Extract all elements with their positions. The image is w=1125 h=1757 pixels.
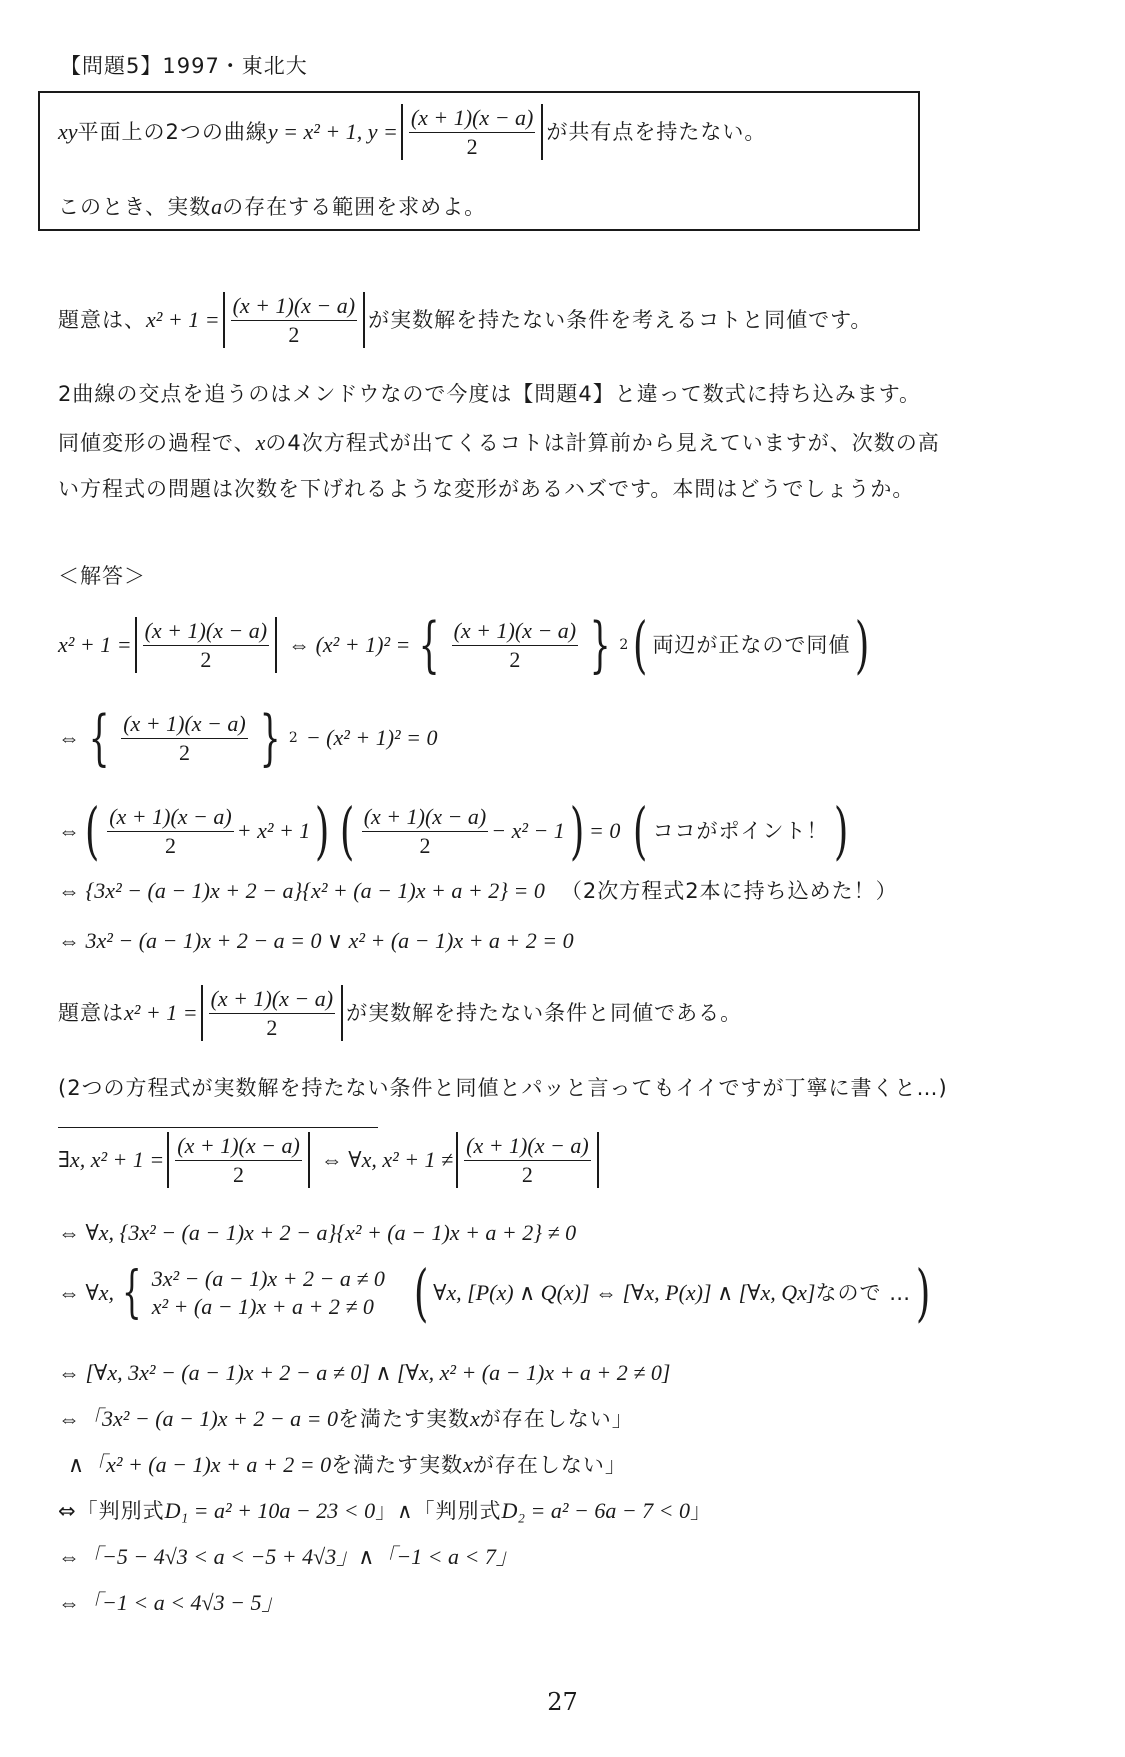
fraction: (x + 1)(x − a) 2 — [143, 620, 270, 671]
left-brace: { — [89, 708, 110, 768]
fraction: (x + 1)(x − a) 2 — [464, 1135, 591, 1186]
right-paren: ) — [570, 800, 585, 862]
problem-title: 【問題5】1997・東北大 — [60, 56, 308, 77]
abs-bar-right — [308, 1132, 310, 1188]
left-paren: ( — [633, 800, 648, 862]
case-system: 3x² − (a − 1)x + 2 − a ≠ 0 x² + (a − 1)x… — [152, 1265, 385, 1321]
math-curves: y = x² + 1, y = — [268, 121, 398, 143]
solution-step-6: ⇔ ∀x, {3x² − (a − 1)x + 2 − a}{x² + (a −… — [58, 1222, 576, 1244]
abs-bar-left — [456, 1132, 458, 1188]
fraction: (x + 1)(x − a) 2 — [107, 806, 234, 857]
abs-bar-right — [541, 104, 543, 160]
abs-bar-left — [223, 292, 225, 348]
solution-step-4: ⇔ {3x² − (a − 1)x + 2 − a}{x² + (a − 1)x… — [58, 880, 898, 902]
abs-bar-right — [597, 1132, 599, 1188]
solution-aside: (2つの方程式が実数解を持たない条件と同値とパッと言ってもイイですが丁寧に書くと… — [58, 1078, 948, 1099]
solution-step-9: ⇔「3x² − (a − 1)x + 2 − a = 0 を満たす実数 x が存… — [58, 1408, 634, 1430]
problem-text-suffix: が共有点を持たない。 — [546, 122, 766, 143]
abs-bar-left — [167, 1132, 169, 1188]
intro-line-1: 題意は、 x² + 1 = (x + 1)(x − a) 2 が実数解を持たない… — [58, 292, 872, 348]
fraction: (x + 1)(x − a) 2 — [175, 1135, 302, 1186]
left-brace: { — [122, 1265, 142, 1321]
intro-line-3: 同値変形の過程で、 x の4次方程式が出てくるコトは計算前から見えていますが、次… — [58, 432, 940, 454]
negation-overline — [58, 1127, 378, 1128]
left-paren: ( — [339, 800, 354, 862]
fraction: (x + 1)(x − a) 2 — [231, 295, 358, 346]
problem-statement-line-2: このとき、実数 a の存在する範囲を求めよ。 — [58, 196, 486, 218]
solution-step-8: ⇔ [∀x, 3x² − (a − 1)x + 2 − a ≠ 0] ∧ [∀x… — [58, 1362, 670, 1384]
right-paren: ) — [916, 1262, 931, 1324]
solution-heading: ＜解答＞ — [58, 566, 146, 587]
abs-bar-left — [201, 985, 203, 1041]
solution-step-5: ⇔ 3x² − (a − 1)x + 2 − a = 0 ∨ x² + (a −… — [58, 930, 574, 952]
right-paren: ) — [833, 800, 848, 862]
right-brace: } — [590, 615, 611, 675]
solution-restatement: 題意は x² + 1 = (x + 1)(x − a) 2 が実数解を持たない条… — [58, 985, 742, 1041]
math-xy: xy — [58, 121, 78, 143]
fraction: (x + 1)(x − a) 2 — [209, 988, 336, 1039]
left-paren: ( — [414, 1262, 429, 1324]
intro-line-2: 2曲線の交点を追うのはメンドウなので今度は【問題4】と違って数式に持ち込みます。 — [58, 384, 921, 405]
page-number: 27 — [0, 1688, 1125, 1716]
right-paren: ) — [855, 614, 870, 676]
solution-step-12: ⇔「−5 − 4√3 < a < −5 + 4√3」∧「−1 < a < 7」 — [58, 1546, 518, 1568]
left-brace: { — [419, 615, 440, 675]
intro-line-4: い方程式の問題は次数を下げれるような変形があるハズです。本問はどうでしょうか。 — [58, 479, 914, 500]
solution-step-3: ⇔ ( (x + 1)(x − a) 2 + x² + 1 ) ( (x + 1… — [58, 800, 853, 862]
fraction: (x + 1)(x − a) 2 — [452, 620, 579, 671]
left-paren: ( — [85, 800, 100, 862]
solution-step-13-final-answer: ⇔「−1 < a < 4√3 − 5」 — [58, 1592, 283, 1614]
solution-step-2: ⇔ { (x + 1)(x − a) 2 }2 − (x² + 1)² = 0 — [58, 708, 437, 768]
solution-negation: ∃x, x² + 1 = (x + 1)(x − a) 2 ⇔ ∀x, x² +… — [58, 1132, 602, 1188]
abs-bar-right — [363, 292, 365, 348]
fraction: (x + 1)(x − a) 2 — [121, 713, 248, 764]
solution-step-1: x² + 1 = (x + 1)(x − a) 2 ⇔ (x² + 1)² = … — [58, 614, 875, 676]
solution-step-10: ∧「x² + (a − 1)x + a + 2 = 0 を満たす実数 x が存在… — [68, 1454, 627, 1476]
abs-bar-right — [341, 985, 343, 1041]
right-paren: ) — [315, 800, 330, 862]
abs-bar-right — [275, 617, 277, 673]
left-paren: ( — [633, 614, 648, 676]
solution-step-7: ⇔ ∀x, { 3x² − (a − 1)x + 2 − a ≠ 0 x² + … — [58, 1262, 935, 1324]
right-brace: } — [259, 708, 280, 768]
problem-statement-line-1: xy 平面上の2つの曲線 y = x² + 1, y = (x + 1)(x −… — [58, 104, 766, 160]
fraction: (x + 1)(x − a) 2 — [362, 806, 489, 857]
abs-bar-left — [401, 104, 403, 160]
fraction: (x + 1)(x − a) 2 — [409, 107, 536, 158]
solution-step-11: ⇔「判別式 D₁ = a² + 10a − 23 < 0 」∧「判別式 D₂ =… — [58, 1500, 712, 1522]
abs-bar-left — [135, 617, 137, 673]
problem-text: 平面上の2つの曲線 — [78, 122, 268, 143]
